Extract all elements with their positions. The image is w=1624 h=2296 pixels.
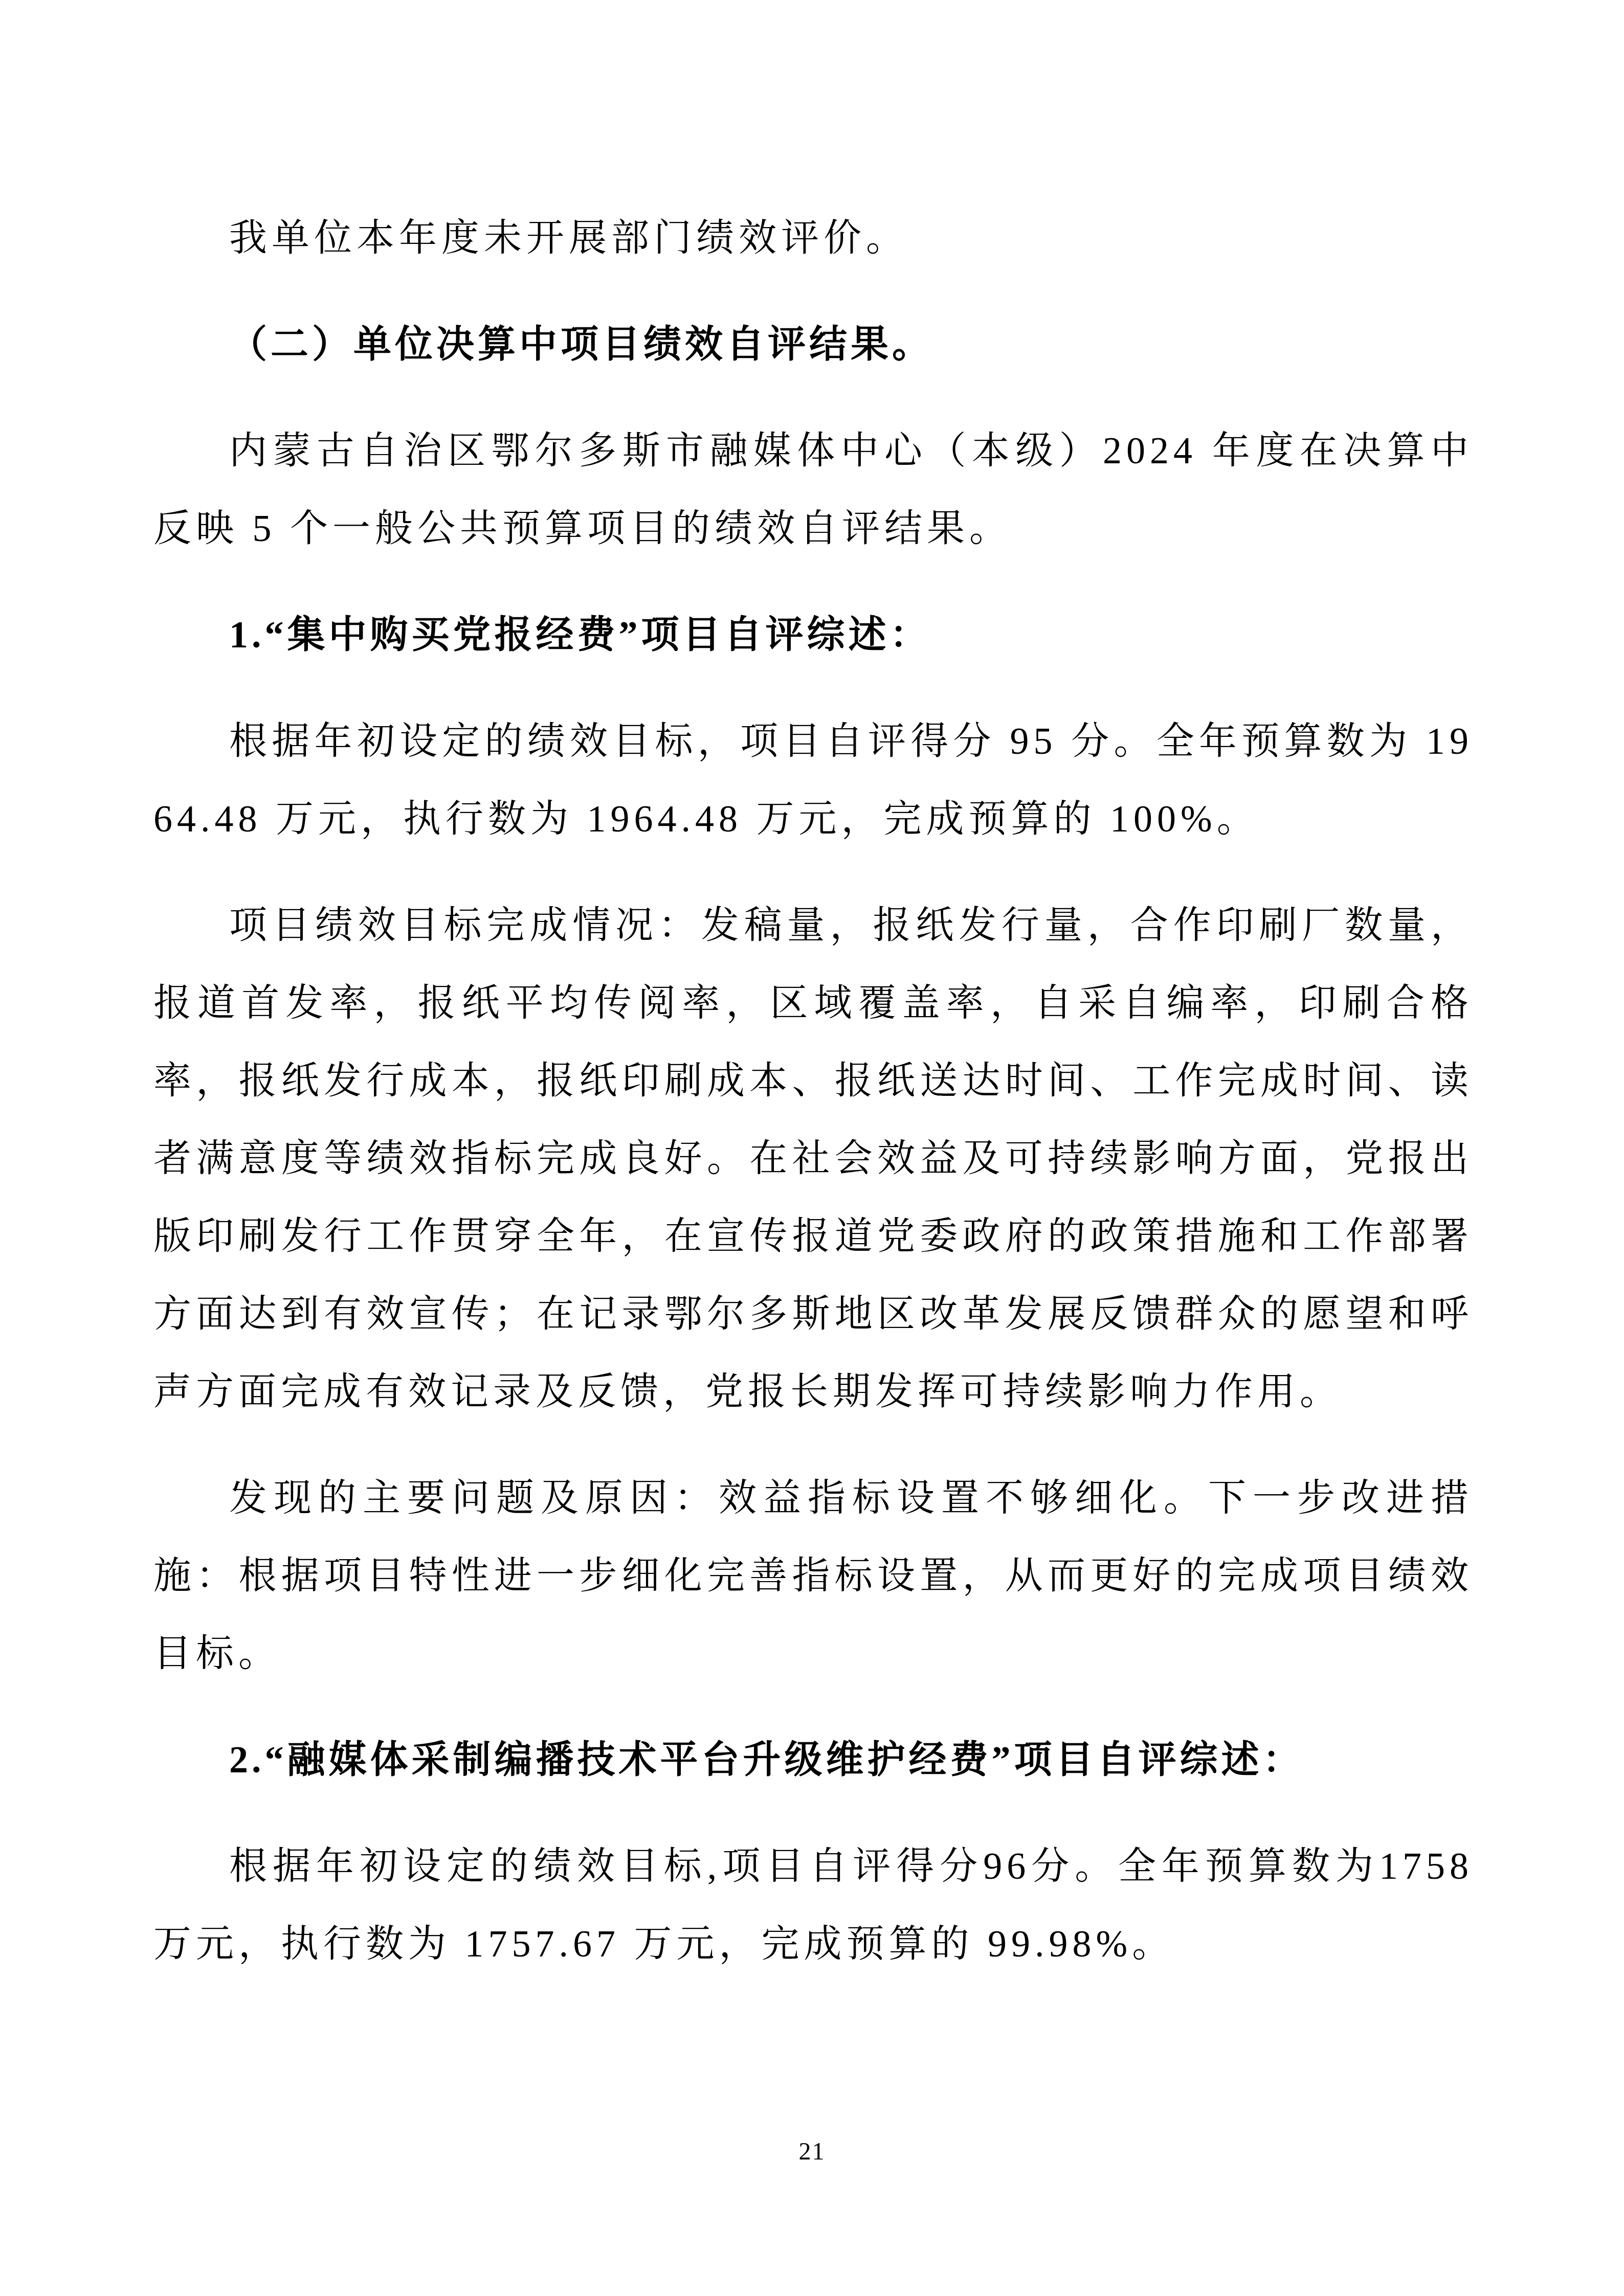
body-paragraph: 根据年初设定的绩效目标,项目自评得分96分。全年预算数为1758万元，执行数为 … <box>153 1828 1473 1983</box>
document-page: 我单位本年度未开展部门绩效评价。 （二）单位决算中项目绩效自评结果。 内蒙古自治… <box>0 0 1624 2296</box>
page-number: 21 <box>0 2136 1624 2167</box>
document-body: 我单位本年度未开展部门绩效评价。 （二）单位决算中项目绩效自评结果。 内蒙古自治… <box>153 199 1473 2012</box>
section-heading: 2.“融媒体采制编播技术平台升级维护经费”项目自评综述： <box>153 1721 1473 1799</box>
body-paragraph: 项目绩效目标完成情况：发稿量，报纸发行量，合作印刷厂数量，报道首发率，报纸平均传… <box>153 887 1473 1431</box>
body-paragraph: 根据年初设定的绩效目标，项目自评得分 95 分。全年预算数为 1964.48 万… <box>153 703 1473 858</box>
body-paragraph: 内蒙古自治区鄂尔多斯市融媒体中心（本级）2024 年度在决算中反映 5 个一般公… <box>153 412 1473 568</box>
body-paragraph: 发现的主要问题及原因：效益指标设置不够细化。下一步改进措施：根据项目特性进一步细… <box>153 1459 1473 1693</box>
section-heading: （二）单位决算中项目绩效自评结果。 <box>153 306 1473 384</box>
body-paragraph: 我单位本年度未开展部门绩效评价。 <box>153 199 1473 277</box>
section-heading: 1.“集中购买党报经费”项目自评综述： <box>153 596 1473 674</box>
